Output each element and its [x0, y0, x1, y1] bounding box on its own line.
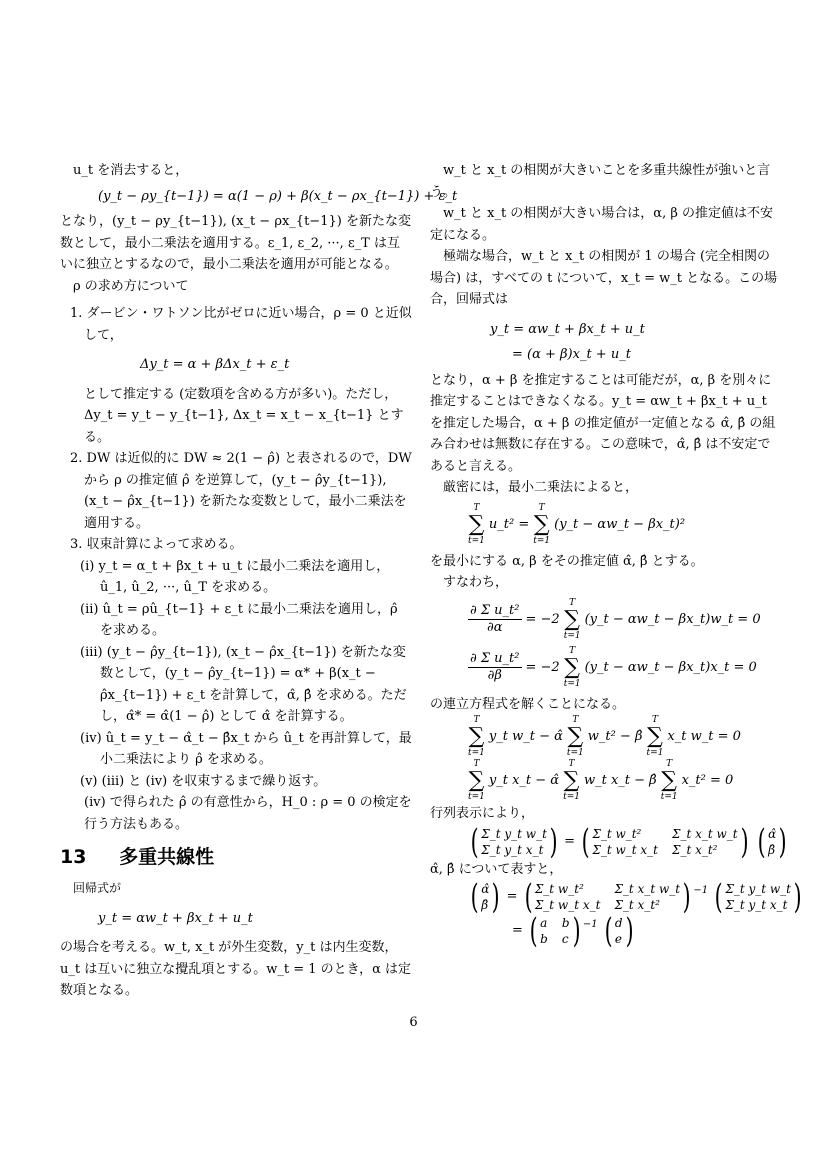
- equation-collinear-2: = (α + β)x_t + u_t: [430, 344, 782, 366]
- list-item-2: 2. DW は近似的に DW ≈ 2(1 − ρ̂) と表されるので，DW から…: [60, 448, 412, 534]
- left-paren: (: [604, 914, 612, 948]
- left-paren: (: [471, 880, 479, 914]
- list-text: 収束計算によって求める。: [87, 537, 243, 552]
- sigma-symbol: ∑: [647, 726, 663, 748]
- matrix-cell: Σ_t x_t w_t: [672, 826, 738, 842]
- matrix-cell: b: [540, 931, 548, 947]
- sigma-symbol: ∑: [567, 726, 583, 748]
- sub-label: (i): [80, 559, 94, 574]
- matrix-cell: α̂: [768, 826, 776, 842]
- eq-part: (y_t − αw_t − βx_t)w_t = 0: [585, 609, 761, 631]
- left-paren: (: [530, 914, 538, 948]
- summation: T∑t=1: [468, 759, 485, 803]
- sigma-symbol: ∑: [534, 514, 550, 536]
- sublist-item-iii: (iii) (y_t − ρ̂y_{t−1}), (x_t − ρ̂x_{t−1…: [60, 642, 412, 728]
- sum-lower: t=1: [564, 631, 581, 642]
- summation: T ∑ t=1: [564, 598, 581, 642]
- list-item-1: 1. ダービン・ワトソン比がゼロに近い場合，ρ = 0 と近似して，: [60, 303, 412, 346]
- eq-part: = −2: [526, 609, 560, 631]
- matrix-estimates: ( α̂ β̂ ): [468, 880, 503, 914]
- list-label: 3.: [70, 537, 82, 552]
- matrix-cells: Σ_t y_t w_t Σ_t y_t x_t: [725, 881, 791, 913]
- sub-label: (ii): [80, 602, 98, 617]
- matrix-cell: b: [562, 915, 570, 931]
- sub-text: û_t = ρû_{t−1} + ε_t に最小二乗法を適用し，ρ̂ を求める。: [100, 602, 398, 639]
- matrix-cell: a: [540, 915, 548, 931]
- section-title: 多重共線性: [119, 846, 214, 868]
- rho-heading: ρ の求め方について: [60, 276, 412, 298]
- list-label: 2.: [70, 451, 82, 466]
- section-intro: 回帰式が: [60, 878, 412, 900]
- summation: T ∑ t=1: [468, 503, 485, 547]
- matrix-de: ( d e ): [602, 914, 636, 948]
- equals-sign: =: [507, 886, 518, 908]
- equation-collinear-1: y_t = αw_t + βx_t + u_t: [430, 319, 782, 341]
- sub-label: (iii): [80, 645, 103, 660]
- matrix-rhs: ( Σ_t y_t w_t Σ_t y_t x_t ): [712, 880, 804, 914]
- paragraph: となり，(y_t − ρy_{t−1}), (x_t − ρx_{t−1}) を…: [60, 211, 412, 276]
- equals-sign: =: [512, 920, 523, 942]
- sublist-item-i: (i) y_t = α_t + βx_t + u_t に最小二乗法を適用し，û_…: [60, 556, 412, 599]
- matrix-cells: Σ_t w_t² Σ_t x_t w_t Σ_t w_t x_t Σ_t x_t…: [535, 881, 680, 913]
- matrix-cell: c: [562, 931, 570, 947]
- sum-lower: t=1: [563, 792, 580, 803]
- eq-part: (y_t − αw_t − βx_t)²: [554, 514, 685, 536]
- sum-lower: t=1: [647, 748, 664, 759]
- section-body: 回帰式が y_t = αw_t + βx_t + u_t の場合を考える。w_t…: [60, 878, 412, 1002]
- matrix-coefficients: ( Σ_t w_t² Σ_t x_t w_t Σ_t w_t x_t Σ_t x…: [522, 880, 709, 914]
- matrix-equation-2: ( α̂ β̂ ) = ( Σ_t w_t² Σ_t x_t w_t Σ_t w…: [430, 880, 782, 914]
- matrix-cells: Σ_t w_t² Σ_t x_t w_t Σ_t w_t x_t Σ_t x_t…: [592, 826, 737, 858]
- fraction: ∂ Σ u_t² ∂α: [468, 603, 522, 636]
- sum-lower: t=1: [533, 536, 550, 547]
- sub-text: (y_t − ρ̂y_{t−1}), (x_t − ρ̂x_{t−1}) を新た…: [100, 645, 407, 725]
- sub-text: û_t = y_t − α̂_t − β̂x_t から û_t を再計算して，最…: [100, 731, 412, 768]
- matrix-cell: β̂: [768, 842, 776, 858]
- matrix-cell: Σ_t w_t²: [592, 826, 658, 842]
- sum-lower: t=1: [468, 748, 485, 759]
- sigma-symbol: ∑: [564, 609, 580, 631]
- matrix-cell: Σ_t w_t x_t: [535, 897, 601, 913]
- denominator: ∂β: [488, 668, 502, 684]
- paragraph: 厳密には，最小二乗法によると，: [430, 477, 782, 499]
- matrix-cell: d: [615, 915, 623, 931]
- matrix-cells: α̂ β̂: [481, 881, 489, 913]
- summation: T∑t=1: [661, 759, 678, 803]
- sigma-symbol: ∑: [661, 770, 677, 792]
- sum-lower: t=1: [564, 679, 581, 690]
- inverse-exponent: −1: [583, 914, 598, 936]
- paragraph: の連立方程式を解くことになる。: [430, 694, 782, 716]
- list-item-1-after: として推定する (定数項を含める方が多い)。ただし，Δy_t = y_t − y…: [60, 384, 412, 449]
- matrix-equation-1: ( Σ_t y_t w_t Σ_t y_t x_t ) = ( Σ_t w_t²…: [430, 825, 782, 859]
- left-column: u_t を消去すると， (y_t − ρy_{t−1}) = α(1 − ρ) …: [60, 160, 412, 835]
- summation: T∑t=1: [567, 715, 584, 759]
- sigma-symbol: ∑: [564, 657, 580, 679]
- right-column: w_t と x_t の相関が大きいことを多重共線性が強いと言う。 w_t と x…: [430, 160, 782, 948]
- summation: T∑t=1: [563, 759, 580, 803]
- eq-part: (y_t − αw_t − βx_t)x_t = 0: [585, 657, 757, 679]
- denominator: ∂α: [487, 620, 503, 636]
- matrix-cell: Σ_t x_t w_t: [614, 881, 680, 897]
- left-paren: (: [758, 825, 766, 859]
- matrix-lhs: ( Σ_t y_t w_t Σ_t y_t x_t ): [468, 825, 560, 859]
- matrix-cells: Σ_t y_t w_t Σ_t y_t x_t: [481, 826, 547, 858]
- matrix-cells: a b b c: [540, 915, 569, 947]
- right-paren: ): [492, 880, 500, 914]
- numerator: ∂ Σ u_t²: [468, 603, 522, 620]
- sum-lower: t=1: [567, 748, 584, 759]
- paragraph: すなわち，: [430, 572, 782, 594]
- eq-part: x_t w_t = 0: [667, 726, 740, 748]
- section-paragraph: の場合を考える。w_t, x_t が外生変数，y_t は内生変数，u_t は互い…: [60, 937, 412, 1002]
- sigma-symbol: ∑: [469, 514, 485, 536]
- equation-derivative-beta: ∂ Σ u_t² ∂β = −2 T ∑ t=1 (y_t − αw_t − β…: [430, 646, 782, 690]
- matrix-cells: α̂ β̂: [768, 826, 776, 858]
- paragraph: 行列表示により，: [430, 803, 782, 825]
- eq-part: w_t² − β̂: [588, 726, 643, 748]
- section-heading: 13 多重共線性: [60, 842, 214, 869]
- eq-part: y_t x_t − α̂: [489, 770, 559, 792]
- section-number: 13: [60, 846, 86, 868]
- left-paren: (: [471, 825, 479, 859]
- right-paren: ): [740, 825, 748, 859]
- eq-part: w_t x_t − β̂: [584, 770, 657, 792]
- list-text: ダービン・ワトソン比がゼロに近い場合，ρ = 0 と近似して，: [84, 306, 412, 343]
- matrix-cell: α̂: [481, 881, 489, 897]
- matrix-cell: Σ_t x_t²: [614, 897, 680, 913]
- right-paren: ): [683, 880, 691, 914]
- eq-part: y_t w_t − α̂: [489, 726, 563, 748]
- list-text: DW は近似的に DW ≈ 2(1 − ρ̂) と表されるので，DW から ρ …: [84, 451, 412, 531]
- right-paren: ): [550, 825, 558, 859]
- summation: T ∑ t=1: [533, 503, 550, 547]
- equation-sum-squares: T ∑ t=1 u_t² = T ∑ t=1 (y_t − αw_t − βx_…: [430, 503, 782, 547]
- matrix-cell: β̂: [481, 897, 489, 913]
- paragraph: を最小にする α, β をその推定値 α̂, β̂ とする。: [430, 551, 782, 573]
- sigma-symbol: ∑: [469, 770, 485, 792]
- list-note: (iv) で得られた ρ̂ の有意性から，H_0 : ρ = 0 の検定を行う方…: [60, 792, 412, 835]
- matrix-abc: ( a b b c ) −1: [527, 914, 598, 948]
- normal-equation-2: T∑t=1 y_t x_t − α̂ T∑t=1 w_t x_t − β̂ T∑…: [430, 759, 782, 803]
- summation: T∑t=1: [647, 715, 664, 759]
- normal-equation-1: T∑t=1 y_t w_t − α̂ T∑t=1 w_t² − β̂ T∑t=1…: [430, 715, 782, 759]
- right-paren: ): [794, 880, 802, 914]
- matrix-cells: d e: [615, 915, 623, 947]
- summation: T ∑ t=1: [564, 646, 581, 690]
- matrix-equation-3: = ( a b b c ) −1 ( d e ): [430, 914, 782, 948]
- matrix-cell: Σ_t y_t w_t: [481, 826, 547, 842]
- sum-lower: t=1: [468, 536, 485, 547]
- left-paren: (: [524, 880, 532, 914]
- matrix-cell: Σ_t y_t x_t: [481, 842, 547, 858]
- left-paren: (: [715, 880, 723, 914]
- equals-sign: =: [564, 831, 575, 853]
- equation-derivative-alpha: ∂ Σ u_t² ∂α = −2 T ∑ t=1 (y_t − αw_t − β…: [430, 598, 782, 642]
- list-item-3: 3. 収束計算によって求める。: [60, 534, 412, 556]
- matrix-cell: Σ_t x_t²: [672, 842, 738, 858]
- sigma-symbol: ∑: [564, 770, 580, 792]
- paragraph: 極端な場合，w_t と x_t の相関が 1 の場合 (完全相関の場合) は，す…: [430, 246, 782, 311]
- numerator: ∂ Σ u_t²: [468, 651, 522, 668]
- matrix-cell: Σ_t y_t w_t: [725, 881, 791, 897]
- left-paren: (: [582, 825, 590, 859]
- sum-lower: t=1: [661, 792, 678, 803]
- matrix-cell: Σ_t w_t²: [535, 881, 601, 897]
- paragraph: となり，α + β を推定することは可能だが，α, β を別々に推定することはで…: [430, 370, 782, 478]
- sublist-item-ii: (ii) û_t = ρû_{t−1} + ε_t に最小二乗法を適用し，ρ̂ …: [60, 599, 412, 642]
- fraction: ∂ Σ u_t² ∂β: [468, 651, 522, 684]
- sub-label: (v): [80, 774, 98, 789]
- intro-text: u_t を消去すると，: [60, 160, 412, 182]
- equation-delta: Δy_t = α + βΔx_t + ε_t: [60, 354, 412, 376]
- inverse-exponent: −1: [693, 880, 708, 902]
- eq-part: u_t² =: [489, 514, 529, 536]
- eq-part: = −2: [526, 657, 560, 679]
- list-label: 1.: [70, 306, 82, 321]
- paragraph: α̂, β̂ について表すと，: [430, 859, 782, 881]
- matrix-cell: Σ_t y_t x_t: [725, 897, 791, 913]
- eq-part: x_t² = 0: [682, 770, 734, 792]
- sum-lower: t=1: [468, 792, 485, 803]
- matrix-estimates: ( α̂ β̂ ): [755, 825, 790, 859]
- sublist-item-iv: (iv) û_t = y_t − α̂_t − β̂x_t から û_t を再計…: [60, 728, 412, 771]
- paragraph: w_t と x_t の相関が大きい場合は，α, β の推定値は不安定になる。: [430, 203, 782, 246]
- matrix-cell: Σ_t w_t x_t: [592, 842, 658, 858]
- sub-text: (iii) と (iv) を収束するまで繰り返す。: [102, 774, 327, 789]
- matrix-coefficients: ( Σ_t w_t² Σ_t x_t w_t Σ_t w_t x_t Σ_t x…: [579, 825, 751, 859]
- summation: T∑t=1: [468, 715, 485, 759]
- equation-transformed: (y_t − ρy_{t−1}) = α(1 − ρ) + β(x_t − ρx…: [60, 186, 412, 208]
- sub-label: (iv): [80, 731, 102, 746]
- regression-equation: y_t = αw_t + βx_t + u_t: [60, 908, 412, 930]
- right-paren: ): [572, 914, 580, 948]
- right-paren: ): [779, 825, 787, 859]
- matrix-cell: e: [615, 931, 623, 947]
- sublist-item-v: (v) (iii) と (iv) を収束するまで繰り返す。: [60, 771, 412, 793]
- sub-text: y_t = α_t + βx_t + u_t に最小二乗法を適用し，û_1, û…: [98, 559, 389, 596]
- page-number: 6: [0, 1015, 827, 1030]
- paragraph: w_t と x_t の相関が大きいことを多重共線性が強いと言う。: [430, 160, 782, 203]
- sigma-symbol: ∑: [469, 726, 485, 748]
- right-paren: ): [625, 914, 633, 948]
